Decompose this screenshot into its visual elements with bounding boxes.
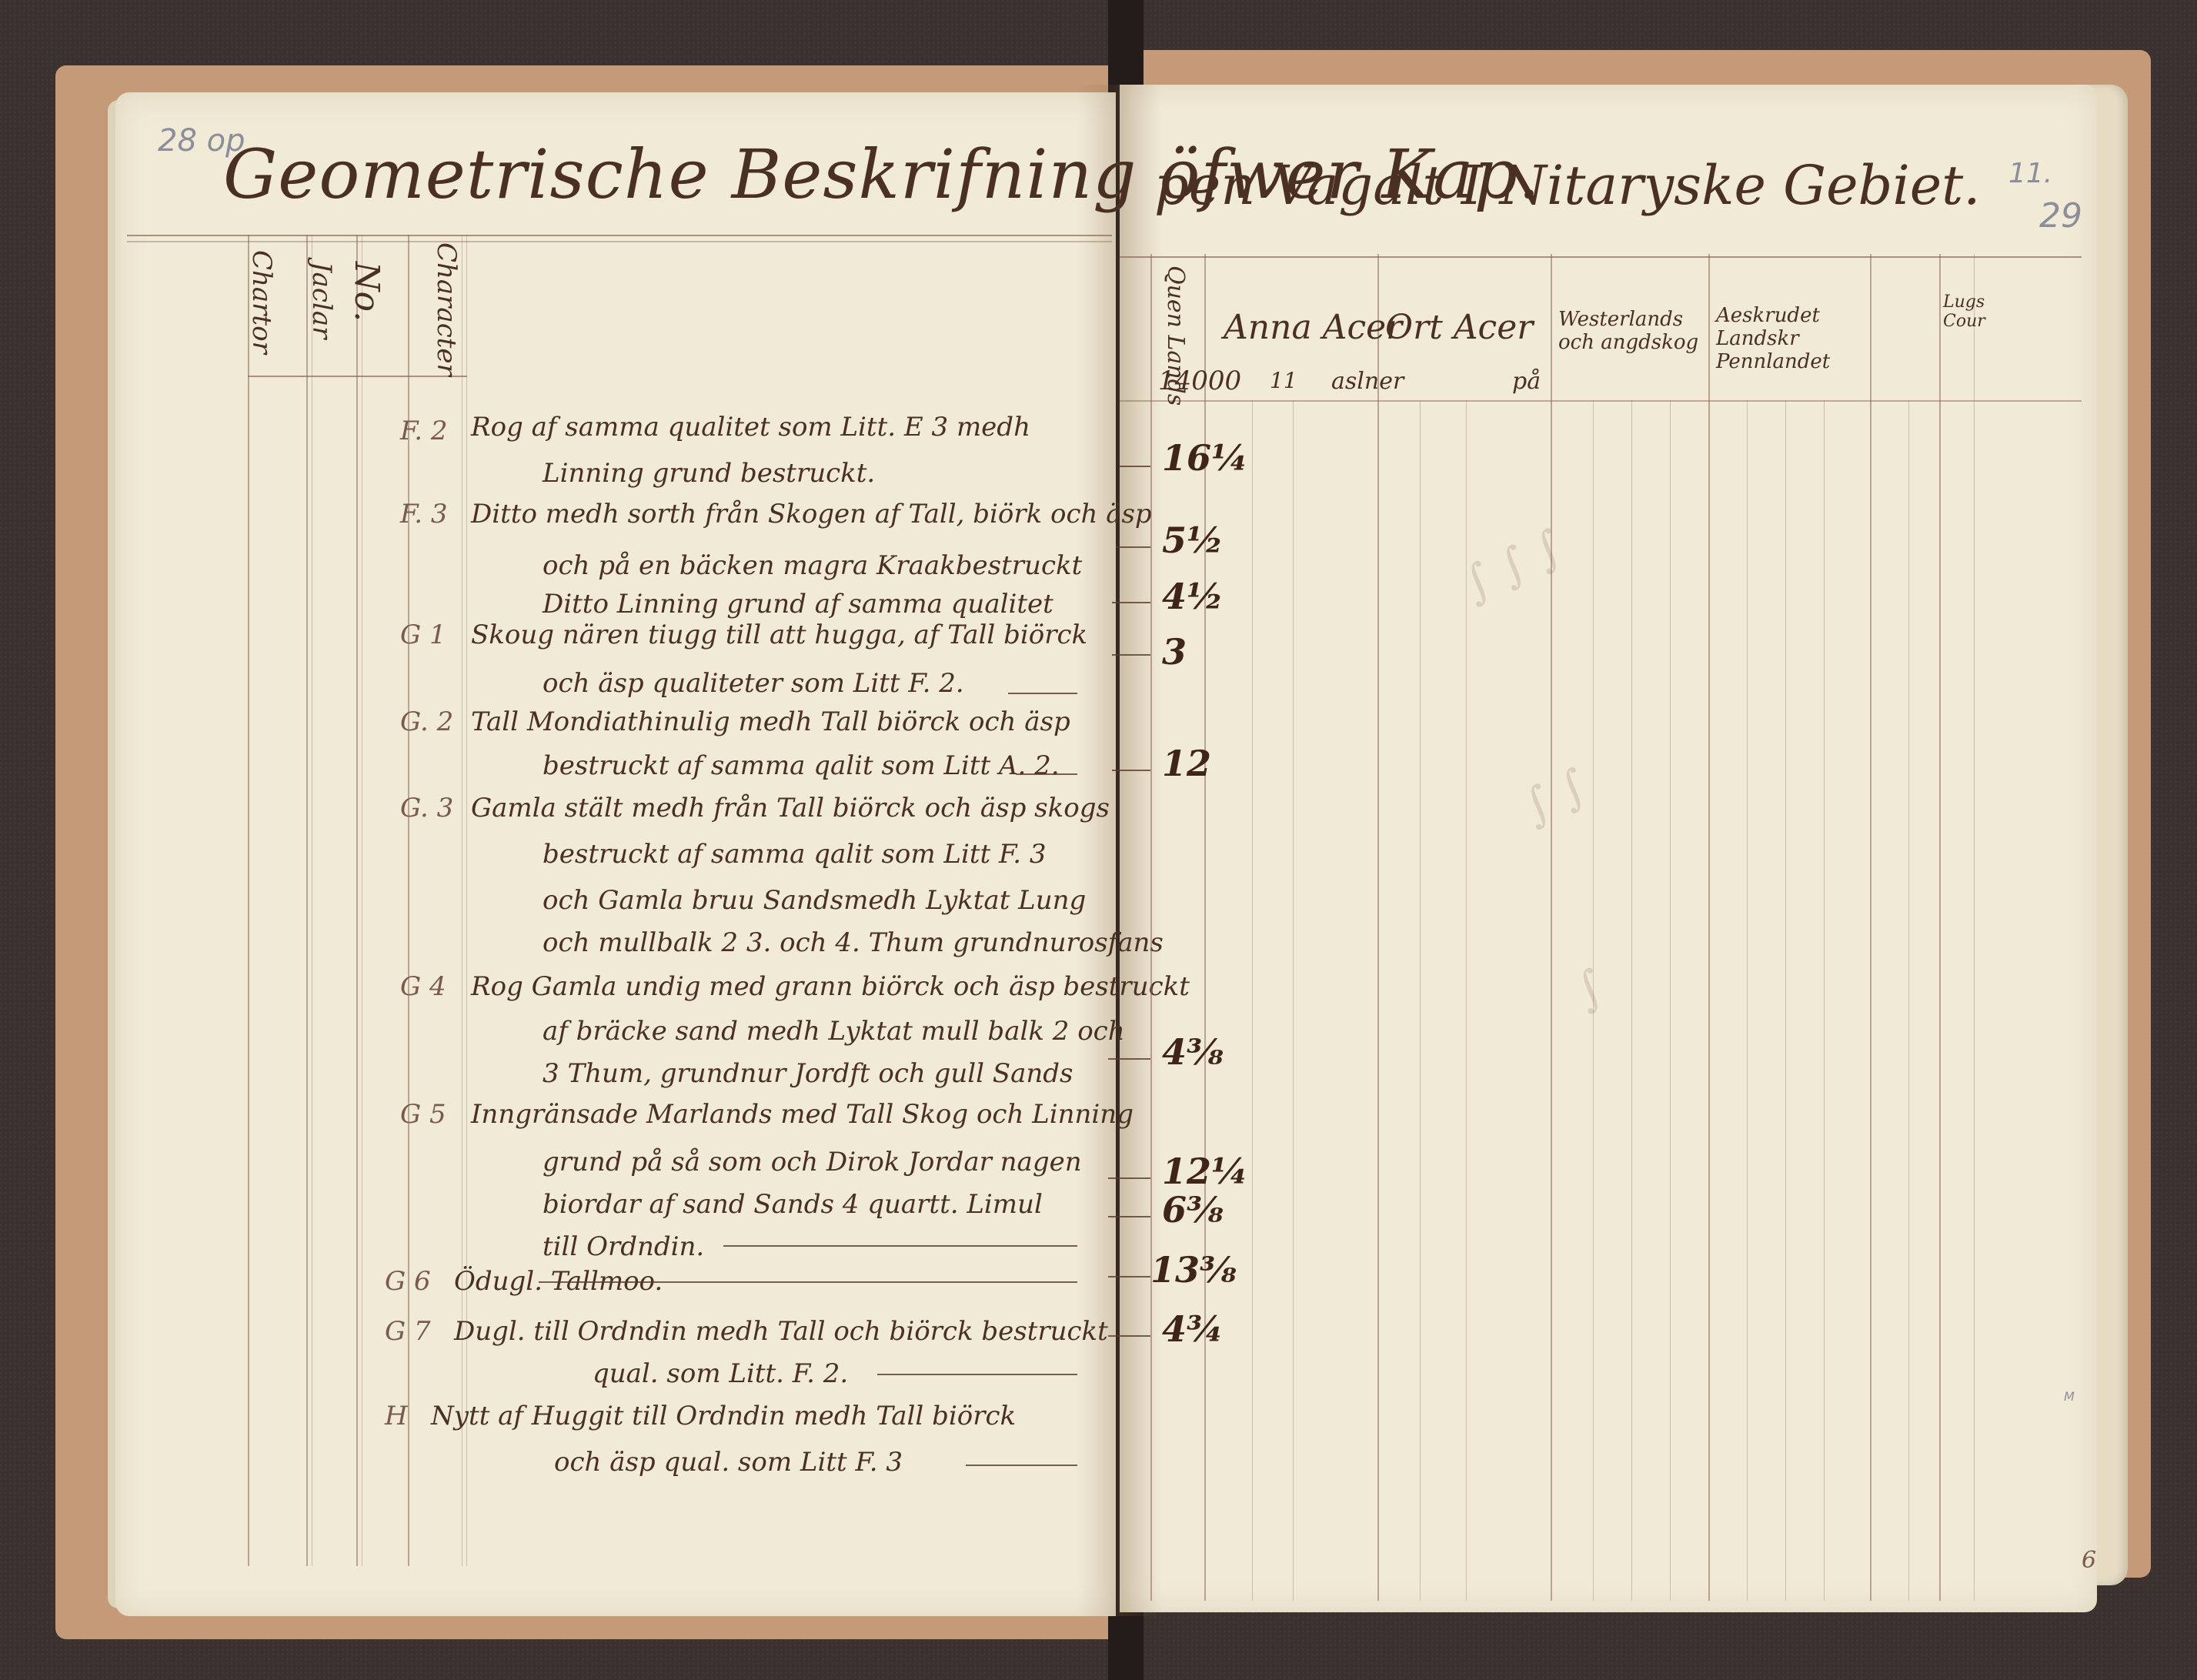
measurement-value: 5½ <box>1162 519 1224 561</box>
entry-code: G 6 <box>385 1266 431 1297</box>
column-rule <box>1670 400 1671 1601</box>
right-page-title: pen Vagalt I Nitaryske Gebiet. <box>1154 154 1981 217</box>
measure-dash <box>1108 1058 1150 1060</box>
measurement-value: 6⅜ <box>1162 1189 1224 1231</box>
entry-code: G. 3 <box>400 793 453 823</box>
entry-line: bestruckt af samma qalit som Litt A. 2. <box>543 750 1060 781</box>
column-header-ort-acer: Ort Acer <box>1385 308 1533 347</box>
column-rule <box>356 235 358 1566</box>
measurement-value: 12 <box>1162 743 1211 784</box>
header-value-pa: på <box>1512 368 1541 395</box>
header-value-14000: 14000 <box>1158 366 1241 396</box>
entry-end-dash <box>539 1281 1077 1283</box>
entry-line: Ditto medh sorth från Skogen af Tall, bi… <box>471 499 1152 529</box>
column-header-westerlands: Westerlands och angdskog <box>1558 308 1705 354</box>
column-rule <box>1870 254 1871 1601</box>
entry-code: G 4 <box>400 971 446 1002</box>
column-rule <box>1974 254 1975 1601</box>
measurement-value: 16¼ <box>1162 437 1248 479</box>
column-header-no: No. <box>347 262 386 322</box>
bottom-page-mark: 6 <box>2082 1547 2096 1574</box>
column-rule <box>1708 254 1710 1601</box>
entry-code: G 7 <box>385 1316 431 1347</box>
column-rule <box>462 235 462 1566</box>
column-rule <box>1377 254 1379 1601</box>
column-rule <box>1824 400 1825 1601</box>
title-underline-double <box>127 241 1112 242</box>
measure-dash <box>1108 1216 1150 1217</box>
column-rule <box>362 235 362 1566</box>
entry-end-dash <box>966 1465 1077 1466</box>
column-rule <box>1150 254 1152 1601</box>
column-rule <box>1908 400 1909 1601</box>
column-rule <box>248 235 249 1566</box>
column-header-anna-acer: Anna Acer <box>1224 308 1402 347</box>
column-header-aeskrudet: Aeskrudet Landskr Pennlandet <box>1716 304 1870 373</box>
column-rule <box>1293 400 1294 1601</box>
measurement-value: 13⅜ <box>1150 1249 1237 1291</box>
column-rule <box>1551 254 1552 1601</box>
entry-line: och Gamla bruu Sandsmedh Lyktat Lung <box>543 885 1086 916</box>
column-rule <box>1939 254 1941 1601</box>
header-value-11: 11 <box>1270 368 1297 393</box>
column-rule <box>1252 400 1253 1601</box>
measure-dash <box>1112 770 1150 771</box>
entry-line: biordar af sand Sands 4 quartt. Limul <box>543 1189 1043 1220</box>
column-rule <box>1466 400 1467 1601</box>
column-header-chartor: Chartor <box>246 250 277 354</box>
measure-dash <box>1120 466 1150 467</box>
entry-line: och mullbalk 2 3. och 4. Thum grundnuros… <box>543 927 1164 958</box>
entry-line: Ditto Linning grund af samma qualitet <box>543 589 1053 620</box>
measurement-value: 12¼ <box>1162 1151 1248 1192</box>
column-rule <box>1631 400 1632 1601</box>
entry-line: och på en bäcken magra Kraakbestruckt <box>543 550 1082 581</box>
measurement-value: 4⅜ <box>1162 1031 1224 1073</box>
column-rule <box>1747 400 1748 1601</box>
measurement-value: 4¾ <box>1162 1308 1224 1350</box>
corner-mark: M <box>2064 1389 2075 1404</box>
measure-dash <box>1116 546 1150 548</box>
entry-line: grund på så som och Dirok Jordar nagen <box>543 1147 1082 1177</box>
entry-end-dash <box>877 1374 1077 1375</box>
column-header-jaclar: Jaclar <box>306 262 337 339</box>
right-page-pencil-number-top: 11. <box>2008 158 2052 189</box>
column-header-character: Character <box>431 242 462 376</box>
header-value-aslner: aslner <box>1331 368 1404 395</box>
column-rule <box>1785 400 1786 1601</box>
entry-code: G 5 <box>400 1099 446 1130</box>
entry-line: och äsp qualiteter som Litt F. 2. <box>543 668 964 699</box>
entry-line: qual. som Litt. F. 2. <box>593 1358 848 1389</box>
measure-dash <box>1108 1335 1150 1337</box>
column-rule <box>312 235 312 1566</box>
entry-end-dash <box>723 1245 1077 1247</box>
entry-end-dash <box>1008 693 1077 694</box>
entry-line: bestruckt af samma qalit som Litt F. 3 <box>543 839 1047 870</box>
entry-line: Rog af samma qualitet som Litt. E 3 medh <box>471 412 1030 443</box>
entry-line: Nytt af Huggit till Ordndin medh Tall bi… <box>431 1401 1016 1431</box>
gutter-shadow <box>1077 85 1162 1616</box>
entry-line: Tall Mondiathinulig medh Tall biörck och… <box>471 706 1070 737</box>
entry-line: Inngränsade Marlands med Tall Skog och L… <box>471 1099 1134 1130</box>
title-underline <box>1120 256 2082 258</box>
entry-code: H <box>385 1401 408 1431</box>
header-bottom-rule <box>1120 400 2082 402</box>
entry-code: F. 3 <box>400 499 448 529</box>
entry-code: G. 2 <box>400 706 453 737</box>
entry-line: Skoug nären tiugg till att hugga, af Tal… <box>471 620 1087 650</box>
entry-line: till Ordndin. <box>543 1231 704 1262</box>
column-rule <box>306 235 308 1566</box>
entry-code: G 1 <box>400 620 446 650</box>
measure-dash <box>1112 602 1150 603</box>
measure-dash <box>1112 654 1150 656</box>
column-header-lugs-cour: Lugs Cour <box>1943 292 1982 331</box>
entry-line: Gamla stält medh från Tall biörck och äs… <box>471 793 1110 823</box>
entry-line: och äsp qual. som Litt F. 3 <box>554 1447 903 1478</box>
entry-end-dash <box>1016 773 1077 775</box>
entry-line: Linning grund bestruckt. <box>543 458 875 489</box>
measure-dash <box>1108 1276 1150 1278</box>
entry-line: af bräcke sand medh Lyktat mull balk 2 o… <box>543 1016 1125 1047</box>
measurement-value: 4½ <box>1162 576 1224 617</box>
entry-line: Dugl. till Ordndin medh Tall och biörck … <box>454 1316 1108 1347</box>
right-page-pencil-number: 29 <box>2039 196 2082 235</box>
measure-dash <box>1108 1177 1150 1179</box>
measurement-value: 3 <box>1162 631 1187 673</box>
entry-line: 3 Thum, grundnur Jordft och gull Sands <box>543 1058 1073 1089</box>
column-rule <box>1593 400 1594 1601</box>
entry-line: Rog Gamla undig med grann biörck och äsp… <box>471 971 1190 1002</box>
column-rule <box>1420 400 1421 1601</box>
entry-code: F. 2 <box>400 416 448 446</box>
title-underline <box>127 235 1112 236</box>
column-rule <box>466 235 467 1566</box>
